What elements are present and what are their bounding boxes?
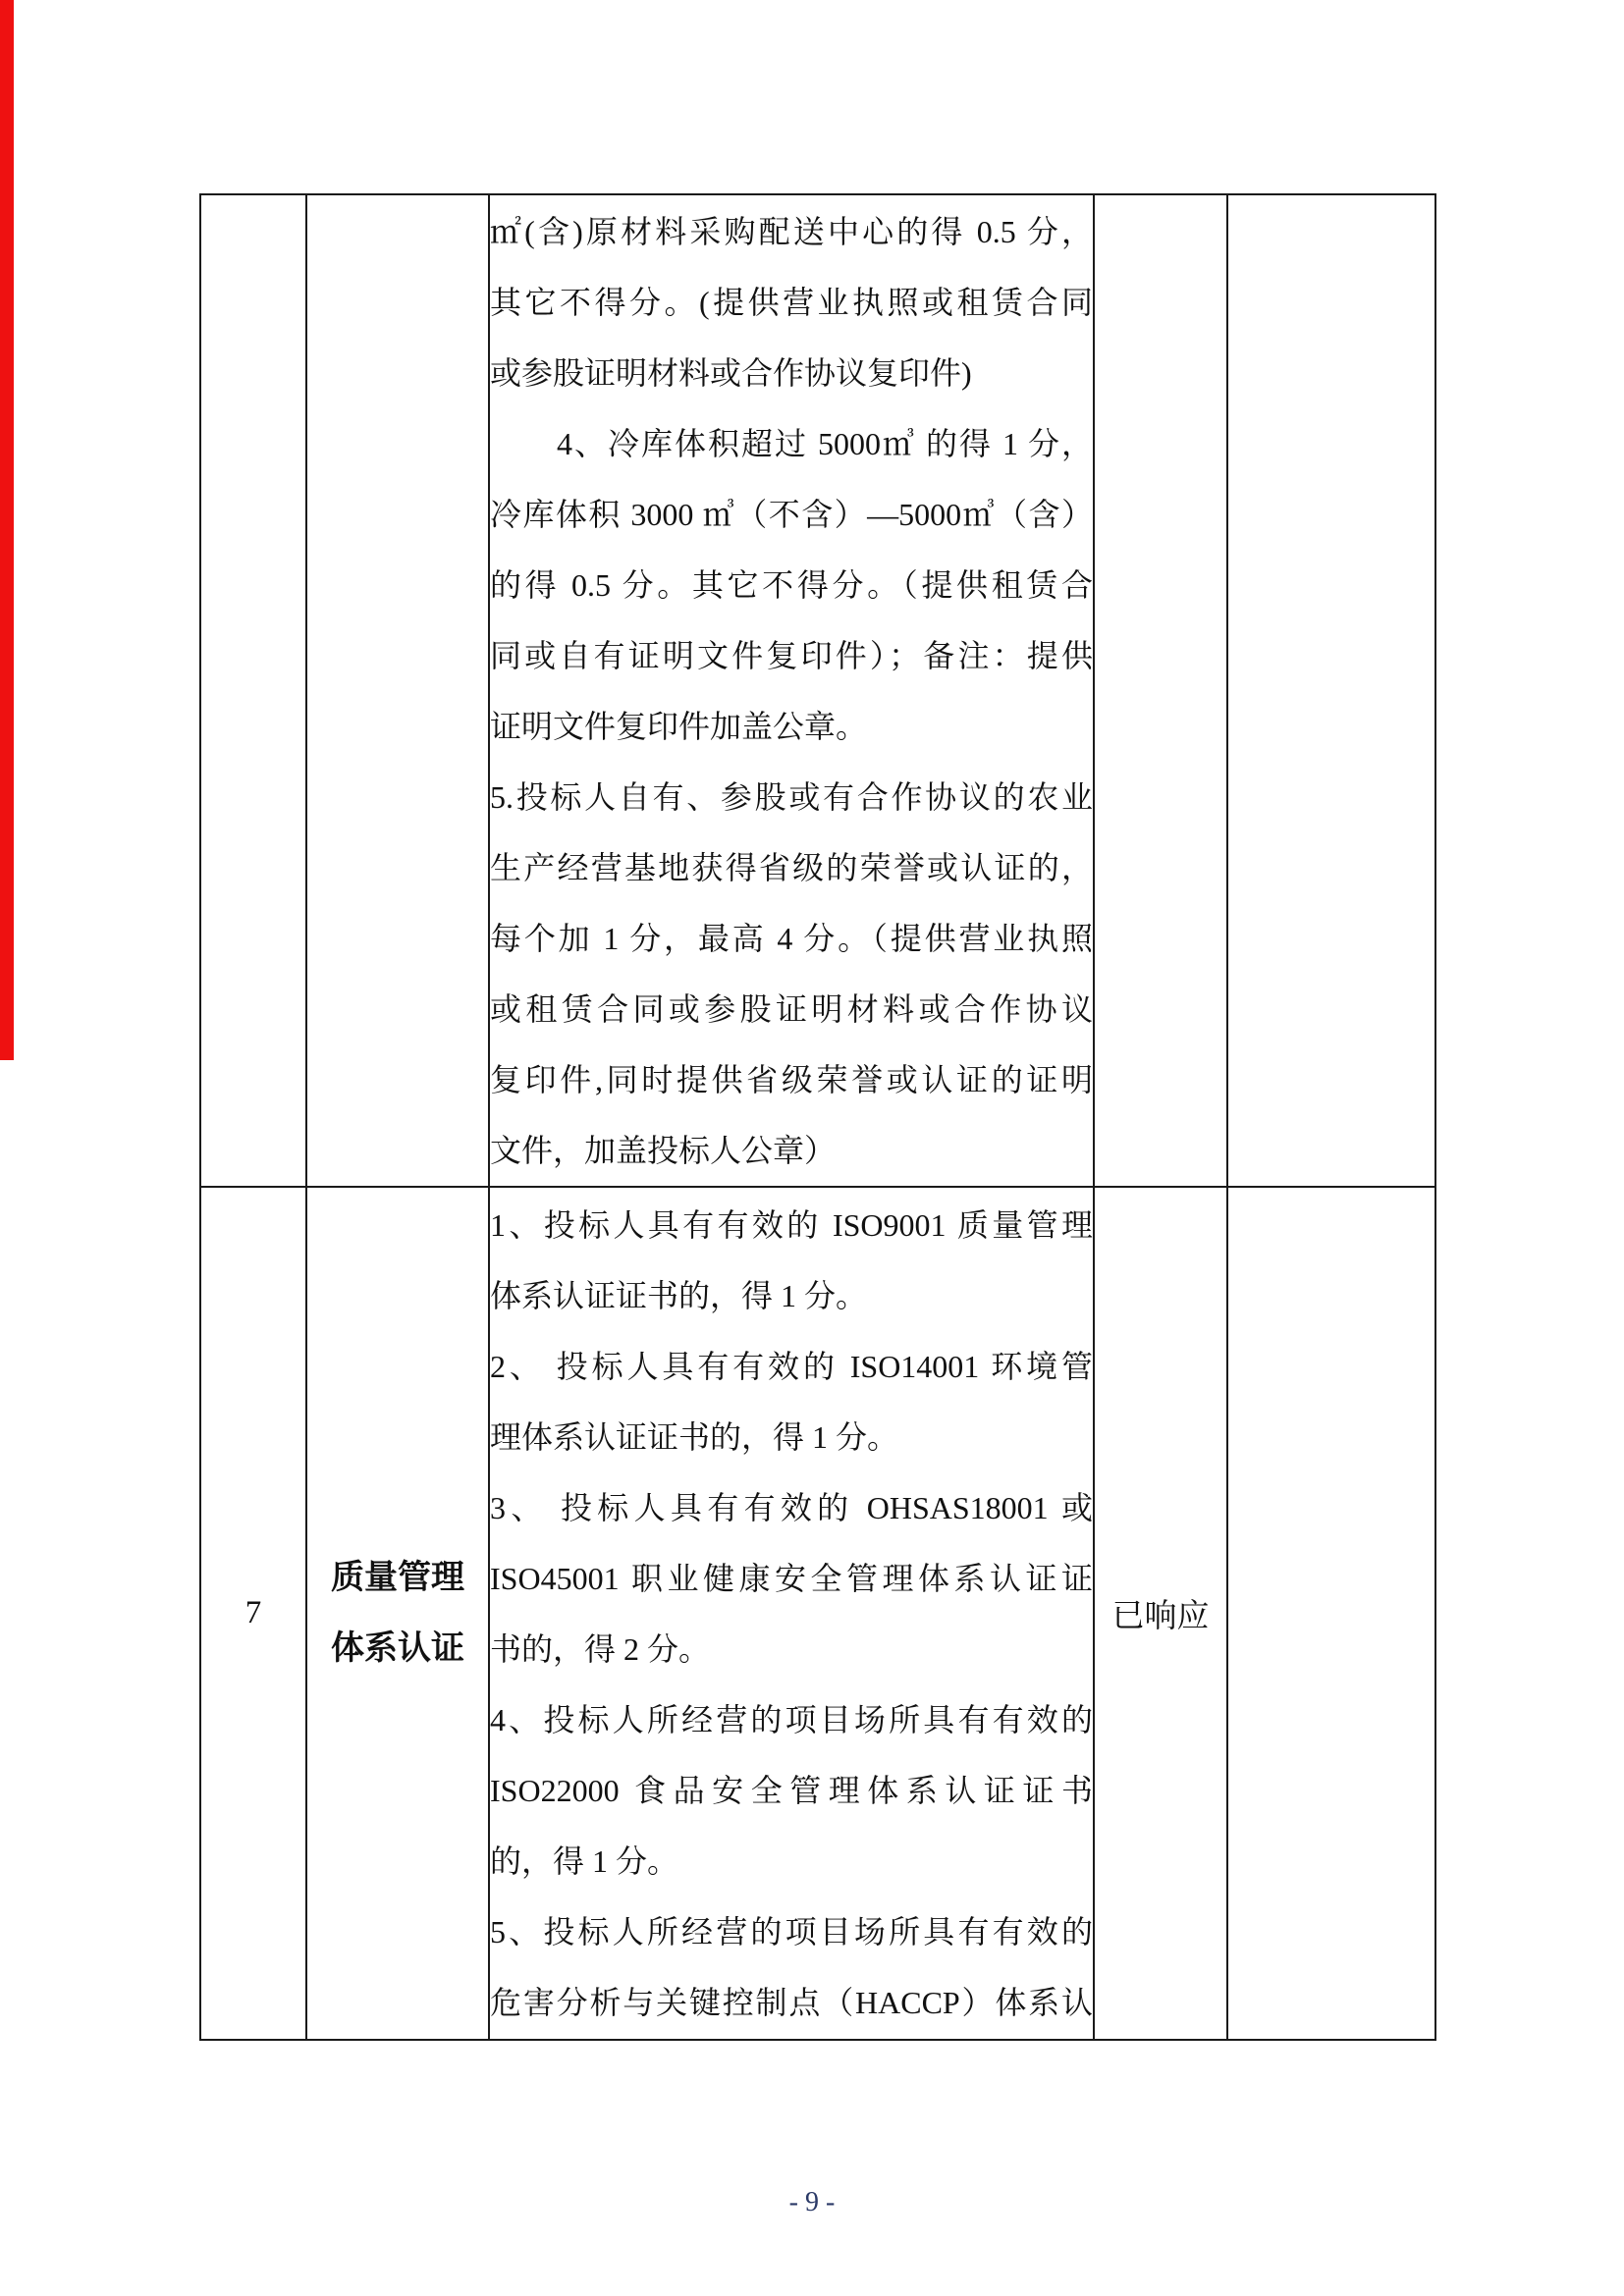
- text-line: 5、投标人所经营的项目场所具有有效的: [490, 1896, 1093, 1967]
- text-line: 理体系认证证书的，得 1 分。: [490, 1402, 1093, 1472]
- text-line: 4、冷库体积超过 5000㎥ 的得 1 分，: [490, 408, 1093, 479]
- text-line: 1、投标人具有有效的 ISO9001 质量管理: [490, 1190, 1093, 1260]
- text-line: 的得 0.5 分。其它不得分。（提供租赁合: [490, 550, 1093, 620]
- text-line: 危害分析与关键控制点（HACCP）体系认: [490, 1967, 1093, 2038]
- text-line: 的，得 1 分。: [490, 1826, 1093, 1896]
- text-line: 5.投标人自有、参股或有合作协议的农业: [490, 762, 1093, 832]
- text-line: 3、 投标人具有有效的 OHSAS18001 或: [490, 1472, 1093, 1543]
- text-line: 体系认证证书的，得 1 分。: [490, 1260, 1093, 1331]
- text-line: 复印件,同时提供省级荣誉或认证的证明: [490, 1044, 1093, 1115]
- row2-remark-cell: [1227, 1187, 1435, 2040]
- row1-remark-cell: [1227, 194, 1435, 1187]
- text-line: ISO45001 职业健康安全管理体系认证证: [490, 1543, 1093, 1614]
- text-line: 或租赁合同或参股证明材料或合作协议: [490, 974, 1093, 1044]
- page-number: - 9 -: [0, 2187, 1624, 2218]
- table-row-item-7: 7 质量管理体系认证 1、投标人具有有效的 ISO9001 质量管理体系认证证书…: [200, 1187, 1435, 2040]
- row2-category-cell: 质量管理体系认证: [306, 1187, 489, 2040]
- row1-category-cell: [306, 194, 489, 1187]
- text-line: 2、 投标人具有有效的 ISO14001 环境管: [490, 1331, 1093, 1402]
- row1-criteria-cell: ㎡(含)原材料采购配送中心的得 0.5 分，其它不得分。(提供营业执照或租赁合同…: [489, 194, 1094, 1187]
- row1-response-cell: [1094, 194, 1227, 1187]
- text-line: ㎡(含)原材料采购配送中心的得 0.5 分，: [490, 196, 1093, 267]
- text-line: 或参股证明材料或合作协议复印件): [490, 338, 1093, 408]
- row2-seq-cell: 7: [200, 1187, 306, 2040]
- table-row-continuation: ㎡(含)原材料采购配送中心的得 0.5 分，其它不得分。(提供营业执照或租赁合同…: [200, 194, 1435, 1187]
- text-line: 每个加 1 分，最高 4 分。（提供营业执照: [490, 903, 1093, 974]
- row1-seq-cell: [200, 194, 306, 1187]
- document-page: ㎡(含)原材料采购配送中心的得 0.5 分，其它不得分。(提供营业执照或租赁合同…: [0, 0, 1624, 2296]
- text-line: 证明文件复印件加盖公章。: [490, 691, 1093, 762]
- evaluation-table: ㎡(含)原材料采购配送中心的得 0.5 分，其它不得分。(提供营业执照或租赁合同…: [199, 193, 1436, 2041]
- left-edge-red-bar: [0, 0, 14, 1060]
- text-line: 同或自有证明文件复印件）；备注：提供: [490, 620, 1093, 691]
- text-line: 其它不得分。(提供营业执照或租赁合同: [490, 267, 1093, 338]
- text-line: 体系认证: [307, 1614, 488, 1684]
- text-line: 质量管理: [307, 1543, 488, 1614]
- text-line: 书的，得 2 分。: [490, 1614, 1093, 1684]
- text-line: ISO22000 食品安全管理体系认证证书: [490, 1755, 1093, 1826]
- text-line: 文件，加盖投标人公章）: [490, 1115, 1093, 1186]
- row2-criteria-cell: 1、投标人具有有效的 ISO9001 质量管理体系认证证书的，得 1 分。2、 …: [489, 1187, 1094, 2040]
- text-line: 冷库体积 3000 ㎥（不含）—5000㎥（含）: [490, 479, 1093, 550]
- text-line: 4、投标人所经营的项目场所具有有效的: [490, 1684, 1093, 1755]
- row2-response-cell: 已响应: [1094, 1187, 1227, 2040]
- text-line: 生产经营基地获得省级的荣誉或认证的，: [490, 832, 1093, 903]
